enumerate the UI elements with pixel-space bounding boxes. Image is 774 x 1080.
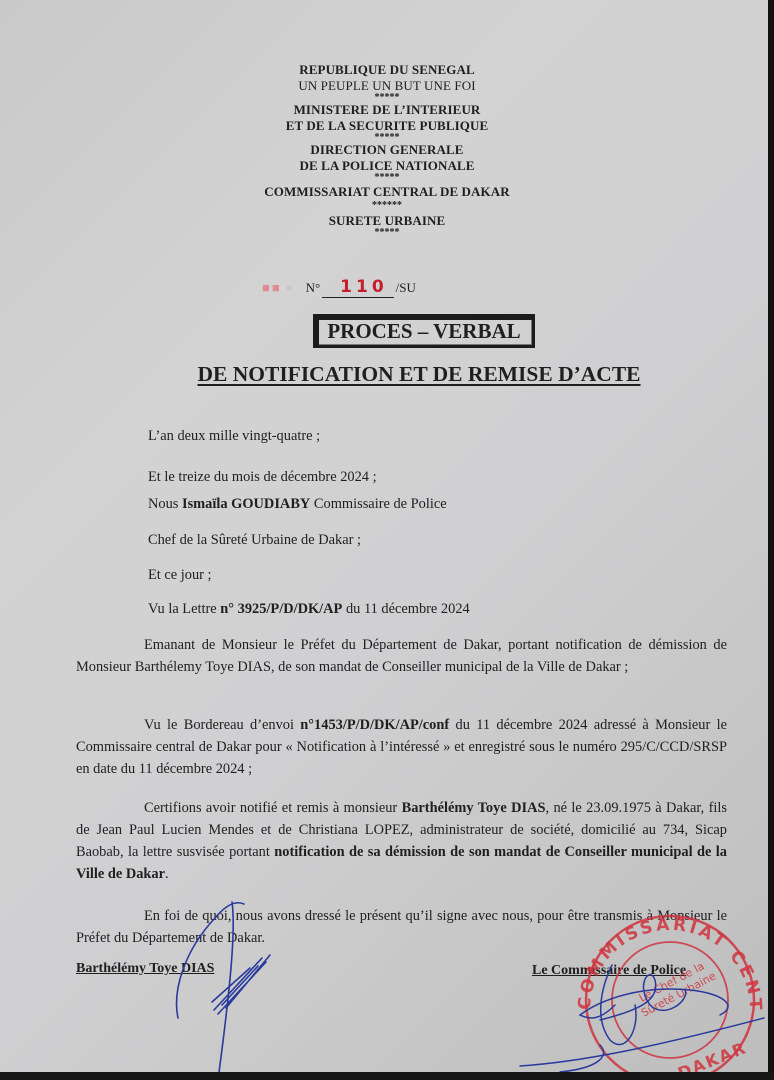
text: Vu le Bordereau d’envoi bbox=[144, 717, 300, 733]
direction-heading-1: DIRECTION GENERALE bbox=[0, 142, 774, 158]
signatory-commissioner: Le Commissaire de Police bbox=[532, 963, 686, 979]
commissariat-heading: COMMISSARIAT CENTRAL DE DAKAR bbox=[0, 184, 774, 200]
text: Nous bbox=[148, 496, 182, 512]
letter-reference: n° 3925/P/D/DK/AP bbox=[220, 601, 342, 617]
direction-heading-2: DE LA POLICE NATIONALE bbox=[0, 158, 774, 174]
document-title: PROCES – VERBAL bbox=[327, 319, 520, 344]
text: Commissaire de Police bbox=[310, 496, 446, 512]
text: Certifions avoir notifié et remis à mons… bbox=[144, 800, 402, 816]
document-page: REPUBLIQUE DU SENEGAL UN PEUPLE UN BUT U… bbox=[0, 0, 768, 1072]
body-line-date: Et le treize du mois de décembre 2024 ; bbox=[148, 469, 377, 486]
separator-stars: ***** bbox=[0, 133, 774, 142]
reference-suffix: /SU bbox=[396, 280, 416, 296]
stamp-smudge: ■■ ▫ bbox=[262, 280, 294, 296]
reference-number-line: ■■ ▫ N° 110 /SU bbox=[262, 277, 416, 298]
officer-name: Ismaïla GOUDIABY bbox=[182, 496, 310, 512]
paragraph-bordereau: Vu le Bordereau d’envoi n°1453/P/D/DK/AP… bbox=[76, 714, 727, 780]
signatory-recipient: Barthélémy Toye DIAS bbox=[76, 961, 214, 977]
body-line-today: Et ce jour ; bbox=[148, 567, 212, 584]
text: Vu la Lettre bbox=[148, 601, 220, 617]
paragraph-prefect: Emanant de Monsieur le Préfet du Départe… bbox=[76, 634, 727, 678]
number-prefix: N° bbox=[306, 280, 321, 296]
body-line-title: Chef de la Sûreté Urbaine de Dakar ; bbox=[148, 532, 361, 549]
page-edge-shadow bbox=[0, 1072, 774, 1080]
text: du 11 décembre 2024 bbox=[342, 601, 469, 617]
page-edge-shadow bbox=[768, 0, 774, 1080]
letterhead: REPUBLIQUE DU SENEGAL UN PEUPLE UN BUT U… bbox=[0, 62, 774, 237]
republic-heading: REPUBLIQUE DU SENEGAL bbox=[0, 62, 774, 78]
separator-stars: ****** bbox=[0, 201, 774, 210]
text: . bbox=[165, 866, 169, 882]
ministry-heading-2: ET DE LA SECURITE PUBLIQUE bbox=[0, 118, 774, 134]
body-line-letter: Vu la Lettre n° 3925/P/D/DK/AP du 11 déc… bbox=[148, 601, 470, 618]
reference-number: 110 bbox=[322, 277, 394, 298]
bordereau-reference: n°1453/P/D/DK/AP/conf bbox=[300, 717, 449, 733]
national-motto: UN PEUPLE UN BUT UNE FOI bbox=[0, 78, 774, 94]
body-line-year: L’an deux mille vingt-quatre ; bbox=[148, 428, 320, 445]
recipient-name: Barthélémy Toye DIAS bbox=[402, 800, 546, 816]
document-title-box: PROCES – VERBAL bbox=[313, 314, 535, 348]
surete-heading: SURETE URBAINE bbox=[0, 213, 774, 229]
body-line-officer: Nous Ismaïla GOUDIABY Commissaire de Pol… bbox=[148, 496, 447, 513]
separator-stars: ***** bbox=[0, 173, 774, 182]
paragraph-certification: Certifions avoir notifié et remis à mons… bbox=[76, 797, 727, 885]
document-subtitle: DE NOTIFICATION ET DE REMISE D’ACTE bbox=[0, 362, 774, 387]
paragraph-closing: En foi de quoi, nous avons dressé le pré… bbox=[76, 905, 727, 949]
separator-stars: ***** bbox=[0, 93, 774, 102]
separator-stars: ***** bbox=[0, 228, 774, 237]
ministry-heading-1: MINISTERE DE L’INTERIEUR bbox=[0, 102, 774, 118]
commissioner-signature-icon bbox=[520, 965, 764, 1072]
